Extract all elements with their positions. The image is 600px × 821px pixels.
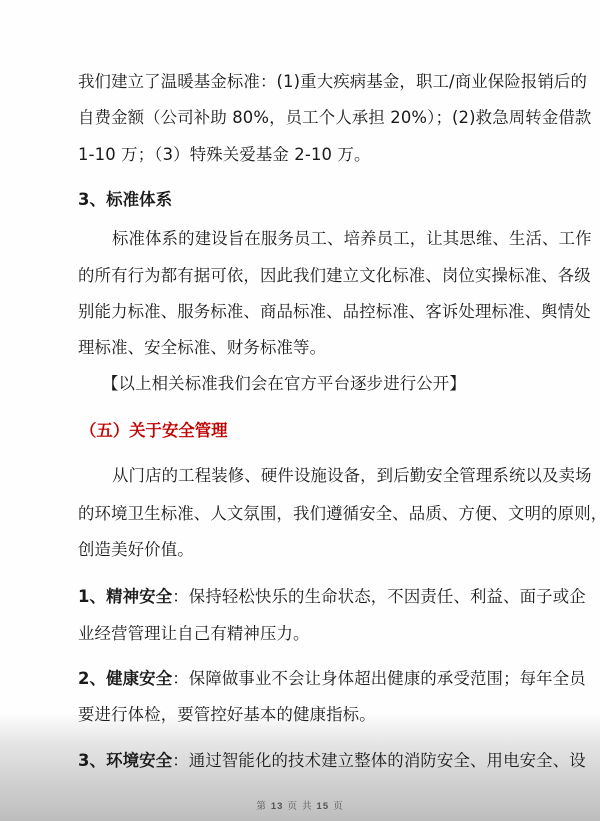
document-page: 我们建立了温暖基金标准：(1)重大疾病基金，职工/商业保险报销后的 自费金额（公… <box>0 0 600 821</box>
standards-line-4: 理标准、安全标准、财务标准等。 <box>78 338 528 358</box>
standards-line-1: 标准体系的建设旨在服务员工、培养员工，让其思维、生活、工作 <box>112 229 562 249</box>
section-heading-standards: 3、标准体系 <box>78 190 528 210</box>
standards-line-2: 的所有行为都有据可依，因此我们建立文化标准、岗位实操标准、各级 <box>78 266 528 286</box>
footer-prefix: 第 <box>256 801 267 812</box>
footer-middle: 页 共 <box>287 801 312 812</box>
safety-intro-line-2: 的环境卫生标准、人文氛围，我们遵循安全、品质、方便、文明的原则， <box>78 504 528 524</box>
standards-line-3: 别能力标准、服务标准、商品标准、品控标准、客诉处理标准、舆情处 <box>78 302 528 322</box>
welfare-line-2: 自费金额（公司补助 80%，员工个人承担 20%）；(2)救急周转金借款 <box>78 108 528 128</box>
welfare-line-1: 我们建立了温暖基金标准：(1)重大疾病基金，职工/商业保险报销后的 <box>78 72 528 92</box>
standards-notice: 【以上相关标准我们会在官方平台逐步进行公开】 <box>102 374 552 394</box>
safety-item-environment: 3、环境安全：通过智能化的技术建立整体的消防安全、用电安全、设 <box>78 751 528 771</box>
page-footer: 第 13 页 共 15 页 <box>0 798 600 812</box>
current-page-number: 13 <box>271 801 284 812</box>
safety-item-environment-text: ：通过智能化的技术建立整体的消防安全、用电安全、设 <box>172 751 586 770</box>
footer-suffix: 页 <box>333 801 344 812</box>
safety-intro-line-1: 从门店的工程装修、硬件设施设备，到后勤安全管理系统以及卖场 <box>112 466 562 486</box>
safety-item-health: 2、健康安全：保障做事业不会让身体超出健康的承受范围；每年全员 <box>78 669 528 689</box>
safety-item-mental-label: 1、精神安全 <box>78 587 172 606</box>
total-pages-number: 15 <box>317 801 330 812</box>
welfare-line-3: 1-10 万；（3）特殊关爱基金 2-10 万。 <box>78 145 528 165</box>
safety-item-health-line-2: 要进行体检，要管控好基本的健康指标。 <box>78 705 528 725</box>
safety-item-mental: 1、精神安全：保持轻松快乐的生命状态，不因责任、利益、面子或企 <box>78 587 528 607</box>
safety-item-health-label: 2、健康安全 <box>78 669 172 688</box>
safety-item-environment-label: 3、环境安全 <box>78 751 172 770</box>
safety-item-mental-line-2: 业经营管理让自己有精神压力。 <box>78 624 528 644</box>
section-heading-safety: （五）关于安全管理 <box>80 421 228 441</box>
safety-item-health-text: ：保障做事业不会让身体超出健康的承受范围；每年全员 <box>172 669 586 688</box>
safety-intro-line-3: 创造美好价值。 <box>78 540 528 560</box>
safety-item-mental-text: ：保持轻松快乐的生命状态，不因责任、利益、面子或企 <box>172 587 586 606</box>
